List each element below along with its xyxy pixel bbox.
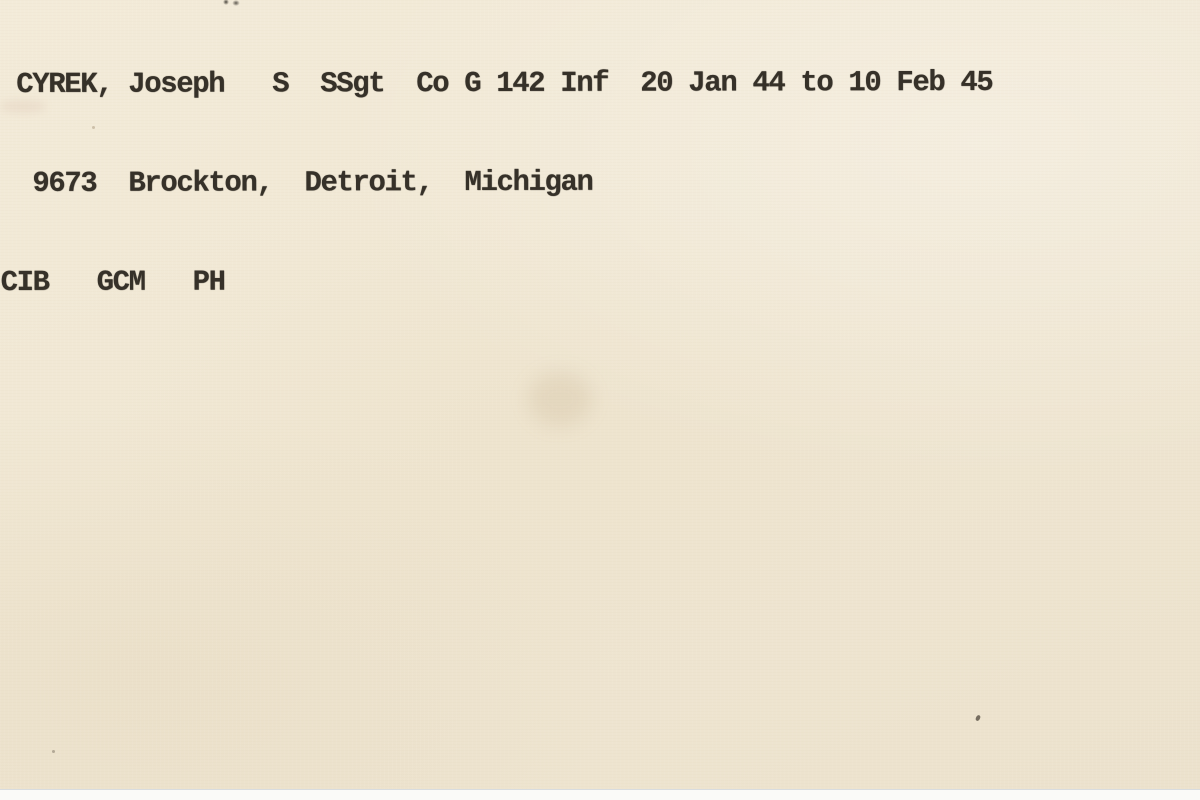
paper-speck: [52, 750, 55, 753]
faint-smear: [0, 100, 46, 113]
typewritten-line-address: 9673 Brockton, Detroit, Michigan: [0, 165, 992, 200]
ink-speck: [975, 714, 981, 721]
typewritten-line-name-rank-unit-dates: CYREK, Joseph S SSgt Co G 142 Inf 20 Jan…: [0, 66, 992, 101]
paper-speck: [92, 126, 95, 129]
typewritten-text-block: CYREK, Joseph S SSgt Co G 142 Inf 20 Jan…: [0, 0, 993, 365]
index-card: CYREK, Joseph S SSgt Co G 142 Inf 20 Jan…: [0, 0, 1200, 790]
typewritten-line-awards: CIB GCM PH: [1, 264, 993, 299]
scanner-bed-edge: [0, 789, 1200, 800]
cutoff-glyph-mark: [221, 0, 243, 7]
scanned-document: CYREK, Joseph S SSgt Co G 142 Inf 20 Jan…: [0, 0, 1200, 800]
paper-stain: [528, 372, 592, 426]
